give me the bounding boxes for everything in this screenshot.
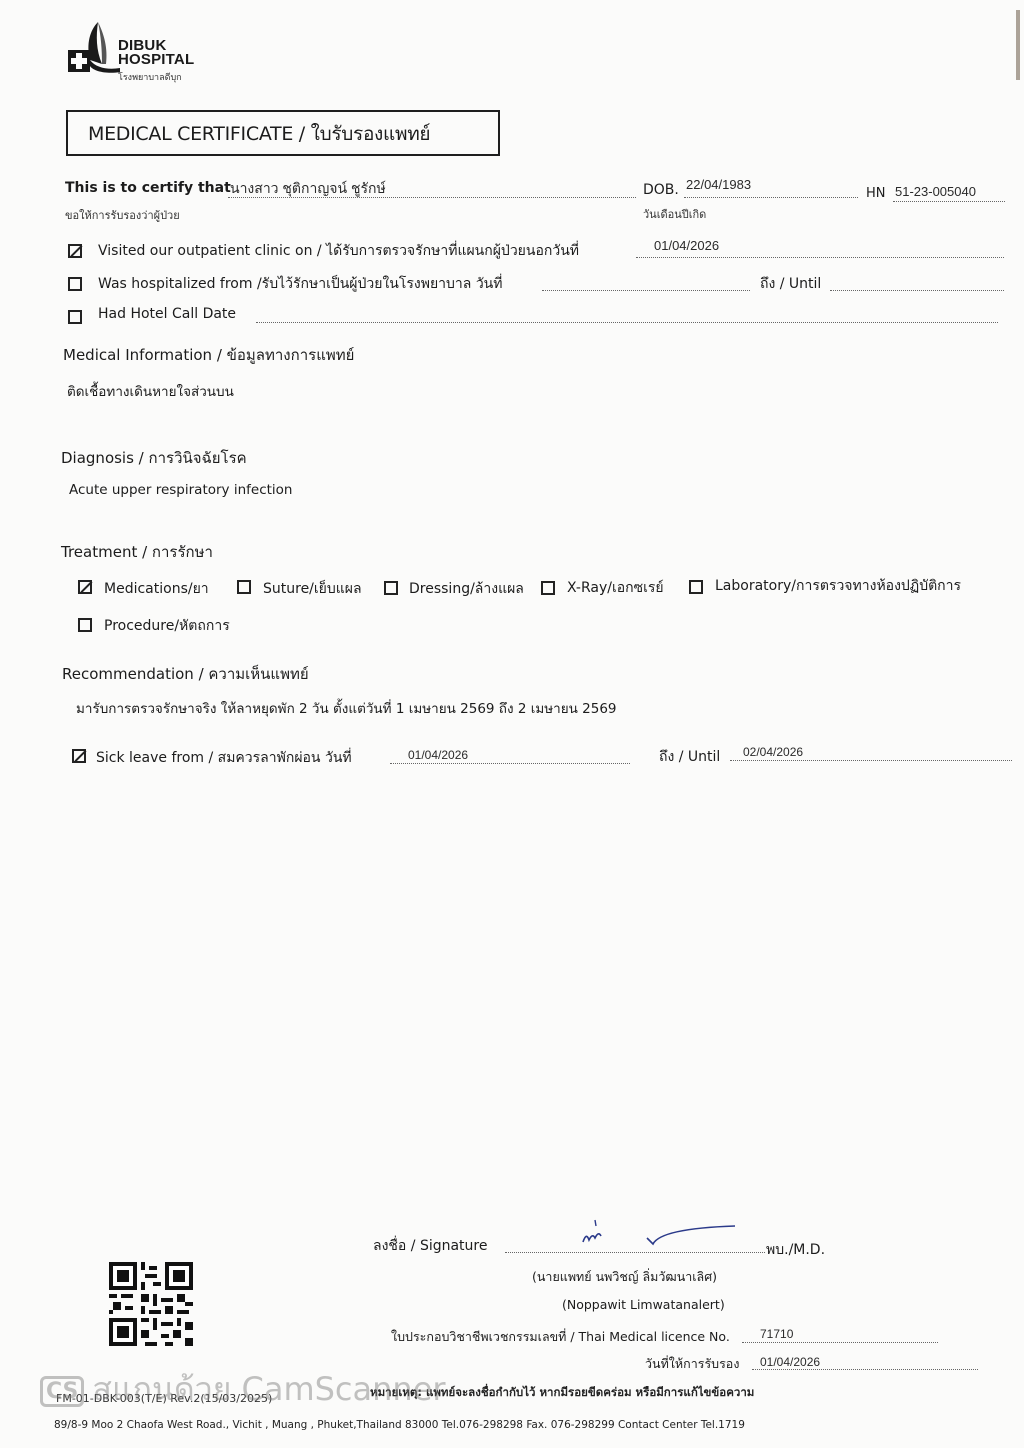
- diagnosis-heading: Diagnosis / การวินิจฉัยโรค: [61, 446, 247, 470]
- diagnosis-text: Acute upper respiratory infection: [69, 482, 292, 498]
- cert-date: 01/04/2026: [760, 1355, 820, 1369]
- treatment-dressing-label: Dressing/ล้างแผล: [409, 578, 524, 600]
- hospitalized-until-label: ถึง / Until: [760, 273, 821, 295]
- hospital-logo-icon: [68, 20, 124, 76]
- treatment-heading: Treatment / การรักษา: [61, 540, 213, 564]
- qr-code-icon[interactable]: [108, 1262, 194, 1346]
- doctor-name-thai: (นายแพทย์ นพวิชญ์ ลิ่มวัฒนาเลิศ): [532, 1267, 717, 1287]
- treatment-procedure-checkbox[interactable]: [78, 618, 92, 632]
- hn-label: HN: [866, 186, 886, 201]
- handwritten-signature-icon: [575, 1212, 745, 1252]
- hospitalized-from-dotted-line: [542, 290, 750, 291]
- camscanner-watermark: CSสแกนด้วย CamScanner: [40, 1364, 446, 1415]
- certify-label: This is to certify that: [65, 180, 231, 196]
- hospital-name-thai: โรงพยาบาลดีบุก: [118, 70, 182, 84]
- outpatient-dotted-line: [636, 257, 1004, 258]
- dob-dotted-line: [684, 197, 858, 198]
- medical-info-heading: Medical Information / ข้อมูลทางการแพทย์: [63, 343, 354, 367]
- outpatient-checkbox[interactable]: [68, 244, 82, 258]
- licence-number: 71710: [760, 1327, 793, 1341]
- hospital-address: 89/8-9 Moo 2 Chaofa West Road., Vichit ,…: [54, 1419, 745, 1431]
- signature-suffix: พบ./M.D.: [766, 1239, 825, 1261]
- treatment-laboratory-checkbox[interactable]: [689, 580, 703, 594]
- signature-dotted-line: [505, 1252, 765, 1253]
- watermark-text: สแกนด้วย CamScanner: [92, 1370, 445, 1408]
- licence-dotted-line: [742, 1342, 938, 1343]
- scan-edge-artifact: [1016, 10, 1020, 80]
- camscanner-logo-icon: CS: [40, 1376, 84, 1407]
- treatment-medications-label: Medications/ยา: [104, 578, 209, 600]
- sick-leave-until-date: 02/04/2026: [743, 745, 803, 759]
- treatment-suture-label: Suture/เย็บแผล: [263, 578, 362, 600]
- hospitalized-until-dotted-line: [830, 290, 1004, 291]
- treatment-xray-label: X-Ray/เอกซเรย์: [567, 577, 664, 599]
- hn-value: 51-23-005040: [895, 184, 976, 199]
- treatment-procedure-label: Procedure/หัตถการ: [104, 615, 230, 637]
- treatment-xray-checkbox[interactable]: [541, 581, 555, 595]
- sick-leave-label: Sick leave from / สมควรลาพักผ่อน วันที่: [96, 747, 352, 769]
- certify-label-thai: ขอให้การรับรองว่าผู้ป่วย: [65, 206, 180, 224]
- sick-leave-until-label: ถึง / Until: [659, 746, 720, 768]
- recommendation-text: มารับการตรวจรักษาจริง ให้ลาหยุดพัก 2 วัน…: [76, 697, 617, 719]
- hotel-call-label: Had Hotel Call Date: [98, 306, 236, 322]
- treatment-dressing-checkbox[interactable]: [384, 581, 398, 595]
- sick-leave-from-dotted-line: [390, 763, 630, 764]
- outpatient-date: 01/04/2026: [654, 238, 719, 253]
- name-dotted-line: [228, 197, 636, 198]
- hospitalized-label: Was hospitalized from /รับไว้รักษาเป็นผู…: [98, 273, 502, 295]
- certificate-title: MEDICAL CERTIFICATE / ใบรับรองแพทย์: [66, 110, 500, 156]
- licence-label: ใบประกอบวิชาชีพเวชกรรมเลขที่ / Thai Medi…: [391, 1327, 730, 1347]
- treatment-medications-checkbox[interactable]: [78, 580, 92, 594]
- signature-label: ลงชื่อ / Signature: [373, 1235, 487, 1257]
- cert-date-label: วันที่ให้การรับรอง: [645, 1354, 739, 1374]
- sick-leave-from-date: 01/04/2026: [408, 748, 468, 762]
- treatment-laboratory-label: Laboratory/การตรวจทางห้องปฏิบัติการ: [715, 575, 961, 597]
- hn-dotted-line: [893, 201, 1005, 202]
- cert-date-dotted-line: [752, 1369, 978, 1370]
- dob-value: 22/04/1983: [686, 177, 751, 192]
- sick-leave-until-dotted-line: [730, 760, 1012, 761]
- dob-label-thai: วันเดือนปีเกิด: [643, 205, 706, 223]
- hotel-call-checkbox[interactable]: [68, 310, 82, 324]
- outpatient-label: Visited our outpatient clinic on / ได้รั…: [98, 240, 579, 262]
- hospital-name: DIBUK HOSPITAL: [118, 39, 194, 67]
- sick-leave-checkbox[interactable]: [72, 749, 86, 763]
- dob-label: DOB.: [643, 182, 679, 198]
- recommendation-heading: Recommendation / ความเห็นแพทย์: [62, 662, 309, 686]
- treatment-suture-checkbox[interactable]: [237, 580, 251, 594]
- medical-info-text: ติดเชื้อทางเดินหายใจส่วนบน: [67, 380, 234, 402]
- doctor-name-english: (Noppawit Limwatanalert): [562, 1297, 725, 1312]
- hotel-call-dotted-line: [256, 322, 998, 323]
- hospitalized-checkbox[interactable]: [68, 277, 82, 291]
